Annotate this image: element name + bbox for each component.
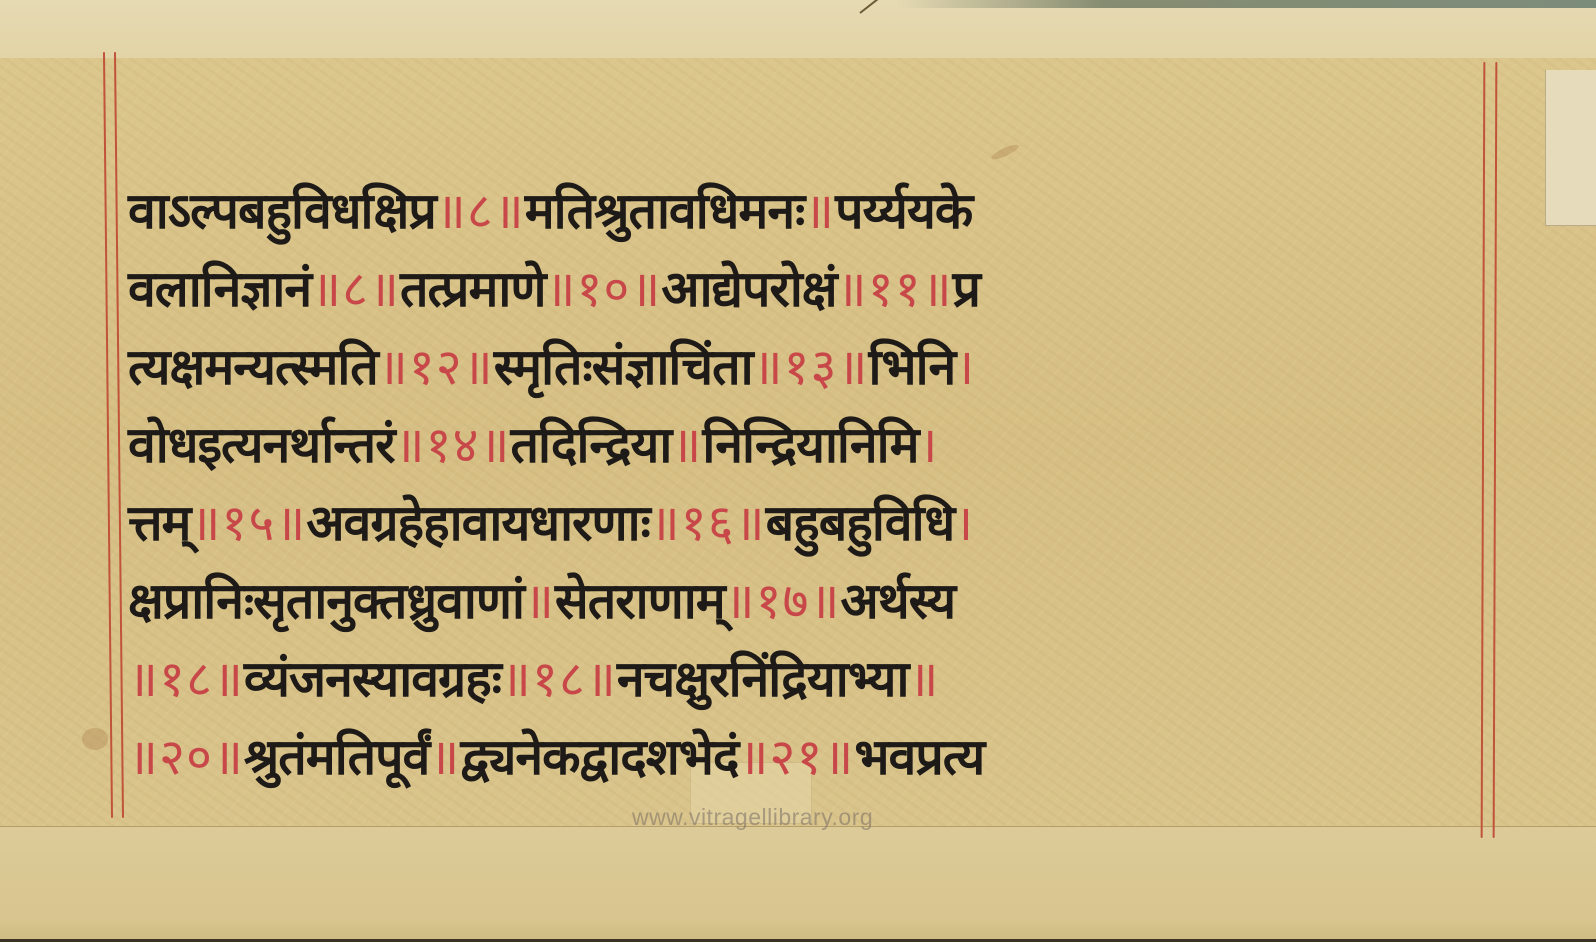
- stain: [82, 728, 108, 750]
- manuscript-photo: वाऽल्पबहुविधक्षिप्र॥८॥मतिश्रुतावधिमनः॥पर…: [0, 0, 1596, 942]
- verse-marker: ॥: [524, 572, 555, 630]
- text-segment: निन्द्रियानिमि: [702, 416, 918, 474]
- text-segment: व्यंजनस्यावग्रहः: [244, 650, 501, 708]
- text-segment: वोधइत्यनर्थान्तरं: [128, 416, 395, 474]
- verse-number: ॥२०॥: [128, 728, 244, 786]
- verse-number: ॥१०॥: [545, 260, 661, 318]
- line-end-marker: ।: [954, 494, 974, 552]
- verse-marker: ॥: [671, 416, 702, 474]
- verse-number: ॥१८॥: [128, 650, 244, 708]
- text-segment: प्र: [953, 260, 980, 318]
- text-segment: पर्य्ययके: [835, 182, 972, 240]
- text-segment: सेतराणाम्: [555, 572, 725, 630]
- text-line-8: ॥२०॥श्रुतंमतिपूर्वं॥द्व्यनेकद्वादशभेदं॥२…: [128, 718, 1468, 796]
- text-segment: क्षप्रानिःसृतानुक्तध्रुवाणां: [128, 572, 524, 630]
- verse-number: ॥१६॥: [650, 494, 766, 552]
- verse-number: ॥१८॥: [501, 650, 617, 708]
- text-line-7: ॥१८॥व्यंजनस्यावग्रहः॥१८॥नचक्षुरनिंद्रिया…: [128, 640, 1468, 718]
- top-mounting-strip: [0, 0, 1596, 60]
- text-segment: वाऽल्पबहुविधक्षिप्र: [128, 182, 436, 240]
- text-segment: त्यक्षमन्यत्स्मति: [128, 338, 378, 396]
- verse-number: ॥१५॥: [190, 494, 306, 552]
- text-segment: अवग्रहेहावायधारणाः: [306, 494, 649, 552]
- bottom-mounting-strip: [0, 826, 1596, 942]
- verse-number: ॥१२॥: [378, 338, 494, 396]
- text-line-6: क्षप्रानिःसृतानुक्तध्रुवाणां॥सेतराणाम्॥१…: [128, 562, 1468, 640]
- text-segment: बहुबहुविधि: [766, 494, 955, 552]
- library-watermark: www.vitragellibrary.org: [632, 804, 873, 831]
- text-segment: भिनि: [868, 338, 955, 396]
- text-segment: द्व्यनेकद्वादशभेदं: [460, 728, 738, 786]
- line-end-marker: ।: [918, 416, 938, 474]
- verse-number: ॥८॥: [436, 182, 525, 240]
- verse-number: ॥१७॥: [725, 572, 841, 630]
- text-line-4: वोधइत्यनर्थान्तरं॥१४॥तदिन्द्रिया॥निन्द्र…: [128, 406, 1468, 484]
- paper-repair-patch: [1545, 70, 1596, 226]
- text-line-2: वलानिज्ञानं॥८॥तत्प्रमाणे॥१०॥आद्येपरोक्षं…: [128, 250, 1468, 328]
- text-segment: वलानिज्ञानं: [128, 260, 311, 318]
- manuscript-text: वाऽल्पबहुविधक्षिप्र॥८॥मतिश्रुतावधिमनः॥पर…: [128, 172, 1468, 796]
- text-segment: अर्थस्य: [841, 572, 956, 630]
- line-end-marker: ।: [955, 338, 975, 396]
- verse-number: ॥१३॥: [753, 338, 869, 396]
- text-segment: स्मृतिःसंज्ञाचिंता: [494, 338, 753, 396]
- top-right-dark-band: [896, 0, 1596, 8]
- verse-marker: ॥: [429, 728, 460, 786]
- text-segment: श्रुतंमतिपूर्वं: [244, 728, 429, 786]
- text-segment: तत्प्रमाणे: [400, 260, 545, 318]
- text-segment: नचक्षुरनिंद्रियाभ्या: [617, 650, 909, 708]
- text-segment: त्तम्: [128, 494, 190, 552]
- verse-number: ॥११॥: [837, 260, 953, 318]
- verse-marker: ॥: [909, 650, 940, 708]
- text-line-1: वाऽल्पबहुविधक्षिप्र॥८॥मतिश्रुतावधिमनः॥पर…: [128, 172, 1468, 250]
- verse-number: ॥१४॥: [395, 416, 511, 474]
- text-segment: भवप्रत्य: [854, 728, 984, 786]
- text-line-3: त्यक्षमन्यत्स्मति॥१२॥स्मृतिःसंज्ञाचिंता॥…: [128, 328, 1468, 406]
- text-segment: मतिश्रुतावधिमनः: [525, 182, 804, 240]
- verse-number: ॥२१॥: [738, 728, 854, 786]
- text-line-5: त्तम्॥१५॥अवग्रहेहावायधारणाः॥१६॥बहुबहुविध…: [128, 484, 1468, 562]
- text-segment: तदिन्द्रिया: [510, 416, 671, 474]
- verse-marker: ॥: [804, 182, 835, 240]
- text-segment: आद्येपरोक्षं: [661, 260, 836, 318]
- verse-number: ॥८॥: [311, 260, 400, 318]
